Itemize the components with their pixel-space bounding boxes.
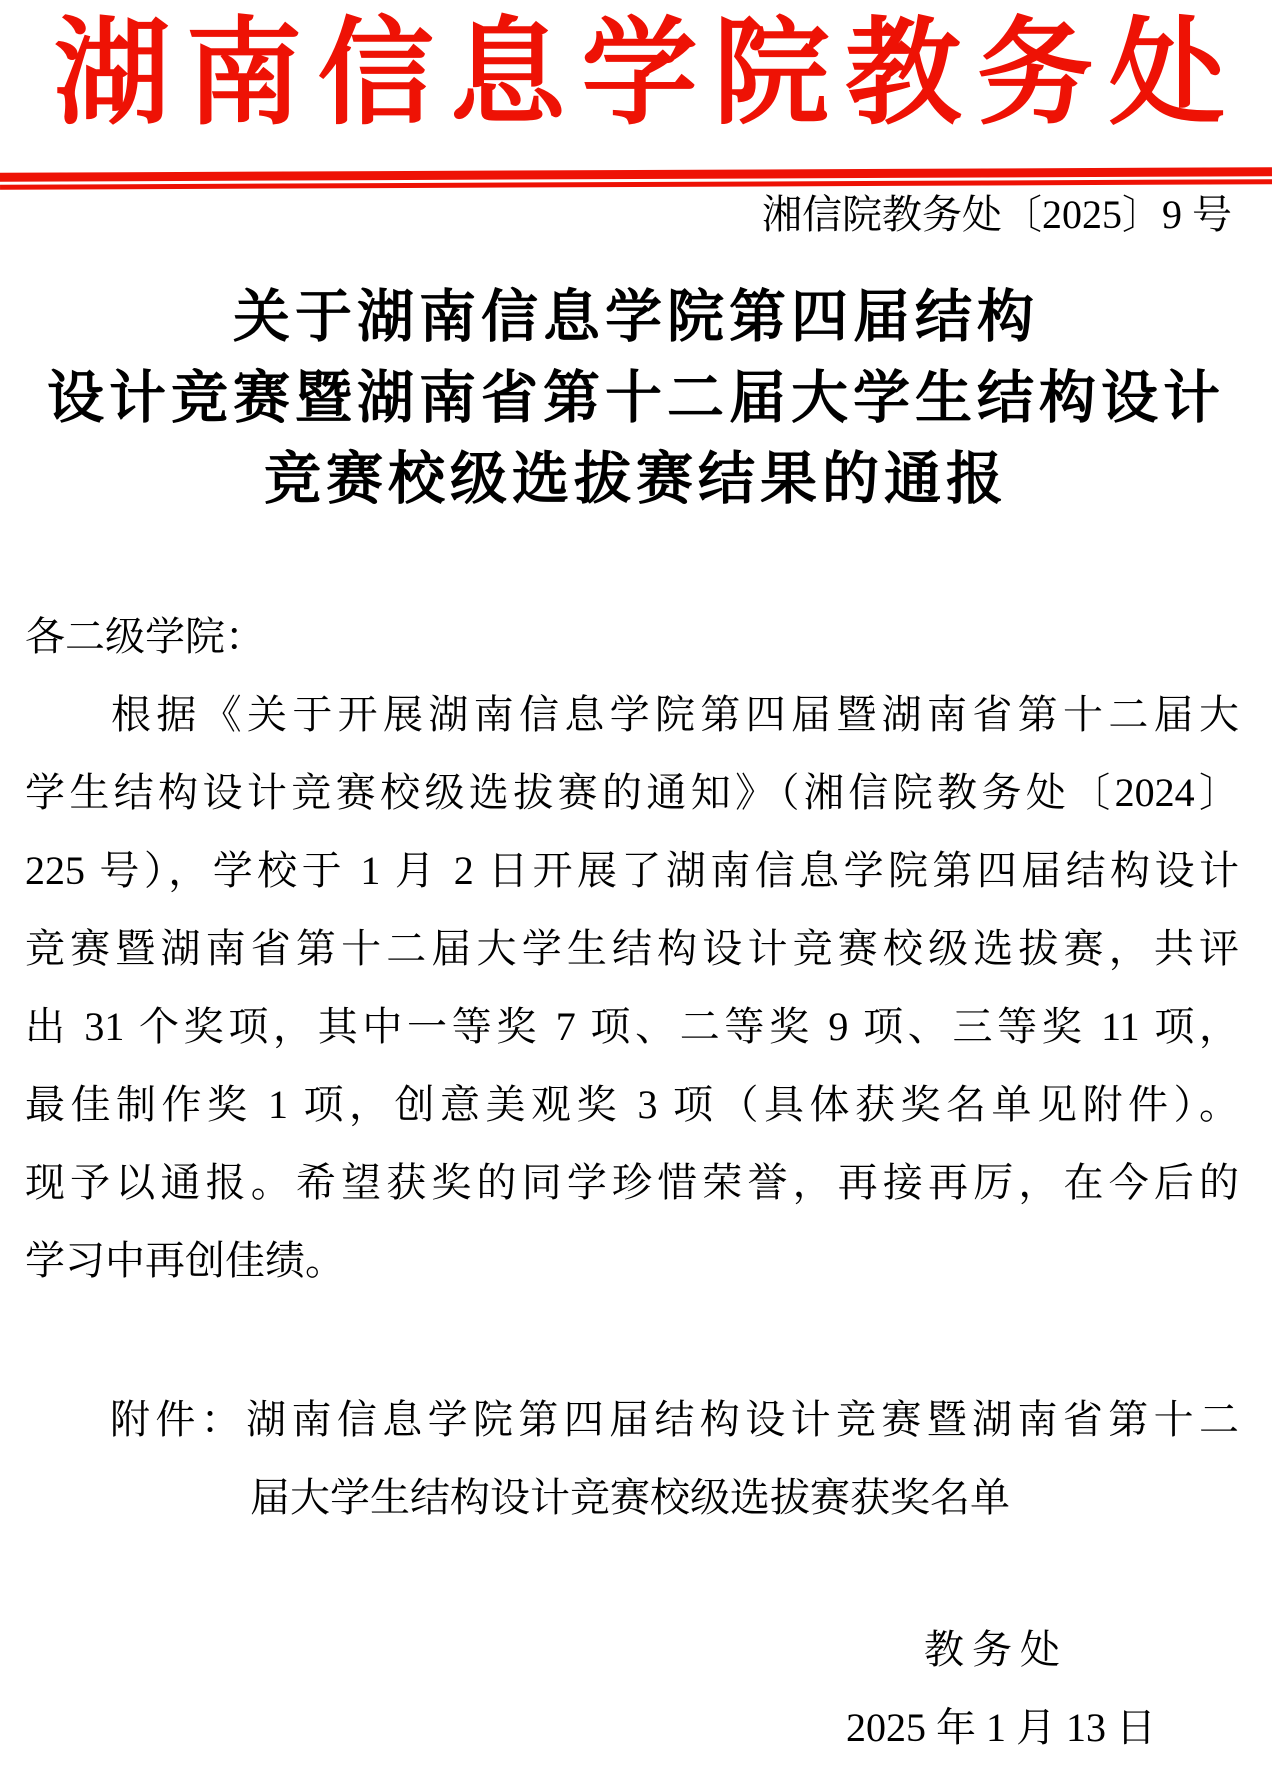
title-line-2: 设计竞赛暨湖南省第十二届大学生结构设计 [0,358,1272,439]
paragraph-line: 最佳制作奖 1 项，创意美观奖 3 项（具体获奖名单见附件）。 [25,1066,1239,1144]
letterhead-org-name: 湖南信息学院教务处 [0,0,1272,150]
signature-date: 2025 年 1 月 13 日 [25,1689,1239,1765]
attachment-line-1: 附件：湖南信息学院第四届结构设计竞赛暨湖南省第十二 [25,1381,1239,1459]
attachment-note: 附件：湖南信息学院第四届结构设计竞赛暨湖南省第十二 届大学生结构设计竞赛校级选拔… [25,1381,1239,1537]
document-page: 湖南信息学院教务处 湘信院教务处〔2025〕9 号 关于湖南信息学院第四届结构 … [0,0,1272,1765]
red-double-rule [0,167,1272,190]
body-paragraph: 根据《关于开展湖南信息学院第四届暨湖南省第十二届大 学生结构设计竞赛校级选拔赛的… [25,676,1239,1300]
title-line-3: 竞赛校级选拔赛结果的通报 [0,439,1272,520]
title-line-1: 关于湖南信息学院第四届结构 [0,277,1272,358]
signature-block: 教务处 2025 年 1 月 13 日 [25,1611,1239,1765]
paragraph-line: 竞赛暨湖南省第十二届大学生结构设计竞赛校级选拔赛，共评 [25,910,1239,988]
paragraph-line: 根据《关于开展湖南信息学院第四届暨湖南省第十二届大 [25,676,1239,754]
paragraph-line: 225 号），学校于 1 月 2 日开展了湖南信息学院第四届结构设计 [25,832,1239,910]
attachment-line-2: 届大学生结构设计竞赛校级选拔赛获奖名单 [25,1459,1239,1537]
signature-department: 教务处 [25,1611,1239,1689]
paragraph-line: 学生结构设计竞赛校级选拔赛的通知》（湘信院教务处〔2024〕 [25,754,1239,832]
document-number: 湘信院教务处〔2025〕9 号 [0,193,1272,237]
paragraph-line: 现予以通报。希望获奖的同学珍惜荣誉，再接再厉，在今后的 [25,1144,1239,1222]
paragraph-line: 学习中再创佳绩。 [25,1222,1239,1300]
salutation: 各二级学院： [25,598,1239,676]
notice-title: 关于湖南信息学院第四届结构 设计竞赛暨湖南省第十二届大学生结构设计 竞赛校级选拔… [0,277,1272,520]
paragraph-line: 出 31 个奖项，其中一等奖 7 项、二等奖 9 项、三等奖 11 项， [25,988,1239,1066]
notice-body: 各二级学院： 根据《关于开展湖南信息学院第四届暨湖南省第十二届大 学生结构设计竞… [0,598,1272,1765]
